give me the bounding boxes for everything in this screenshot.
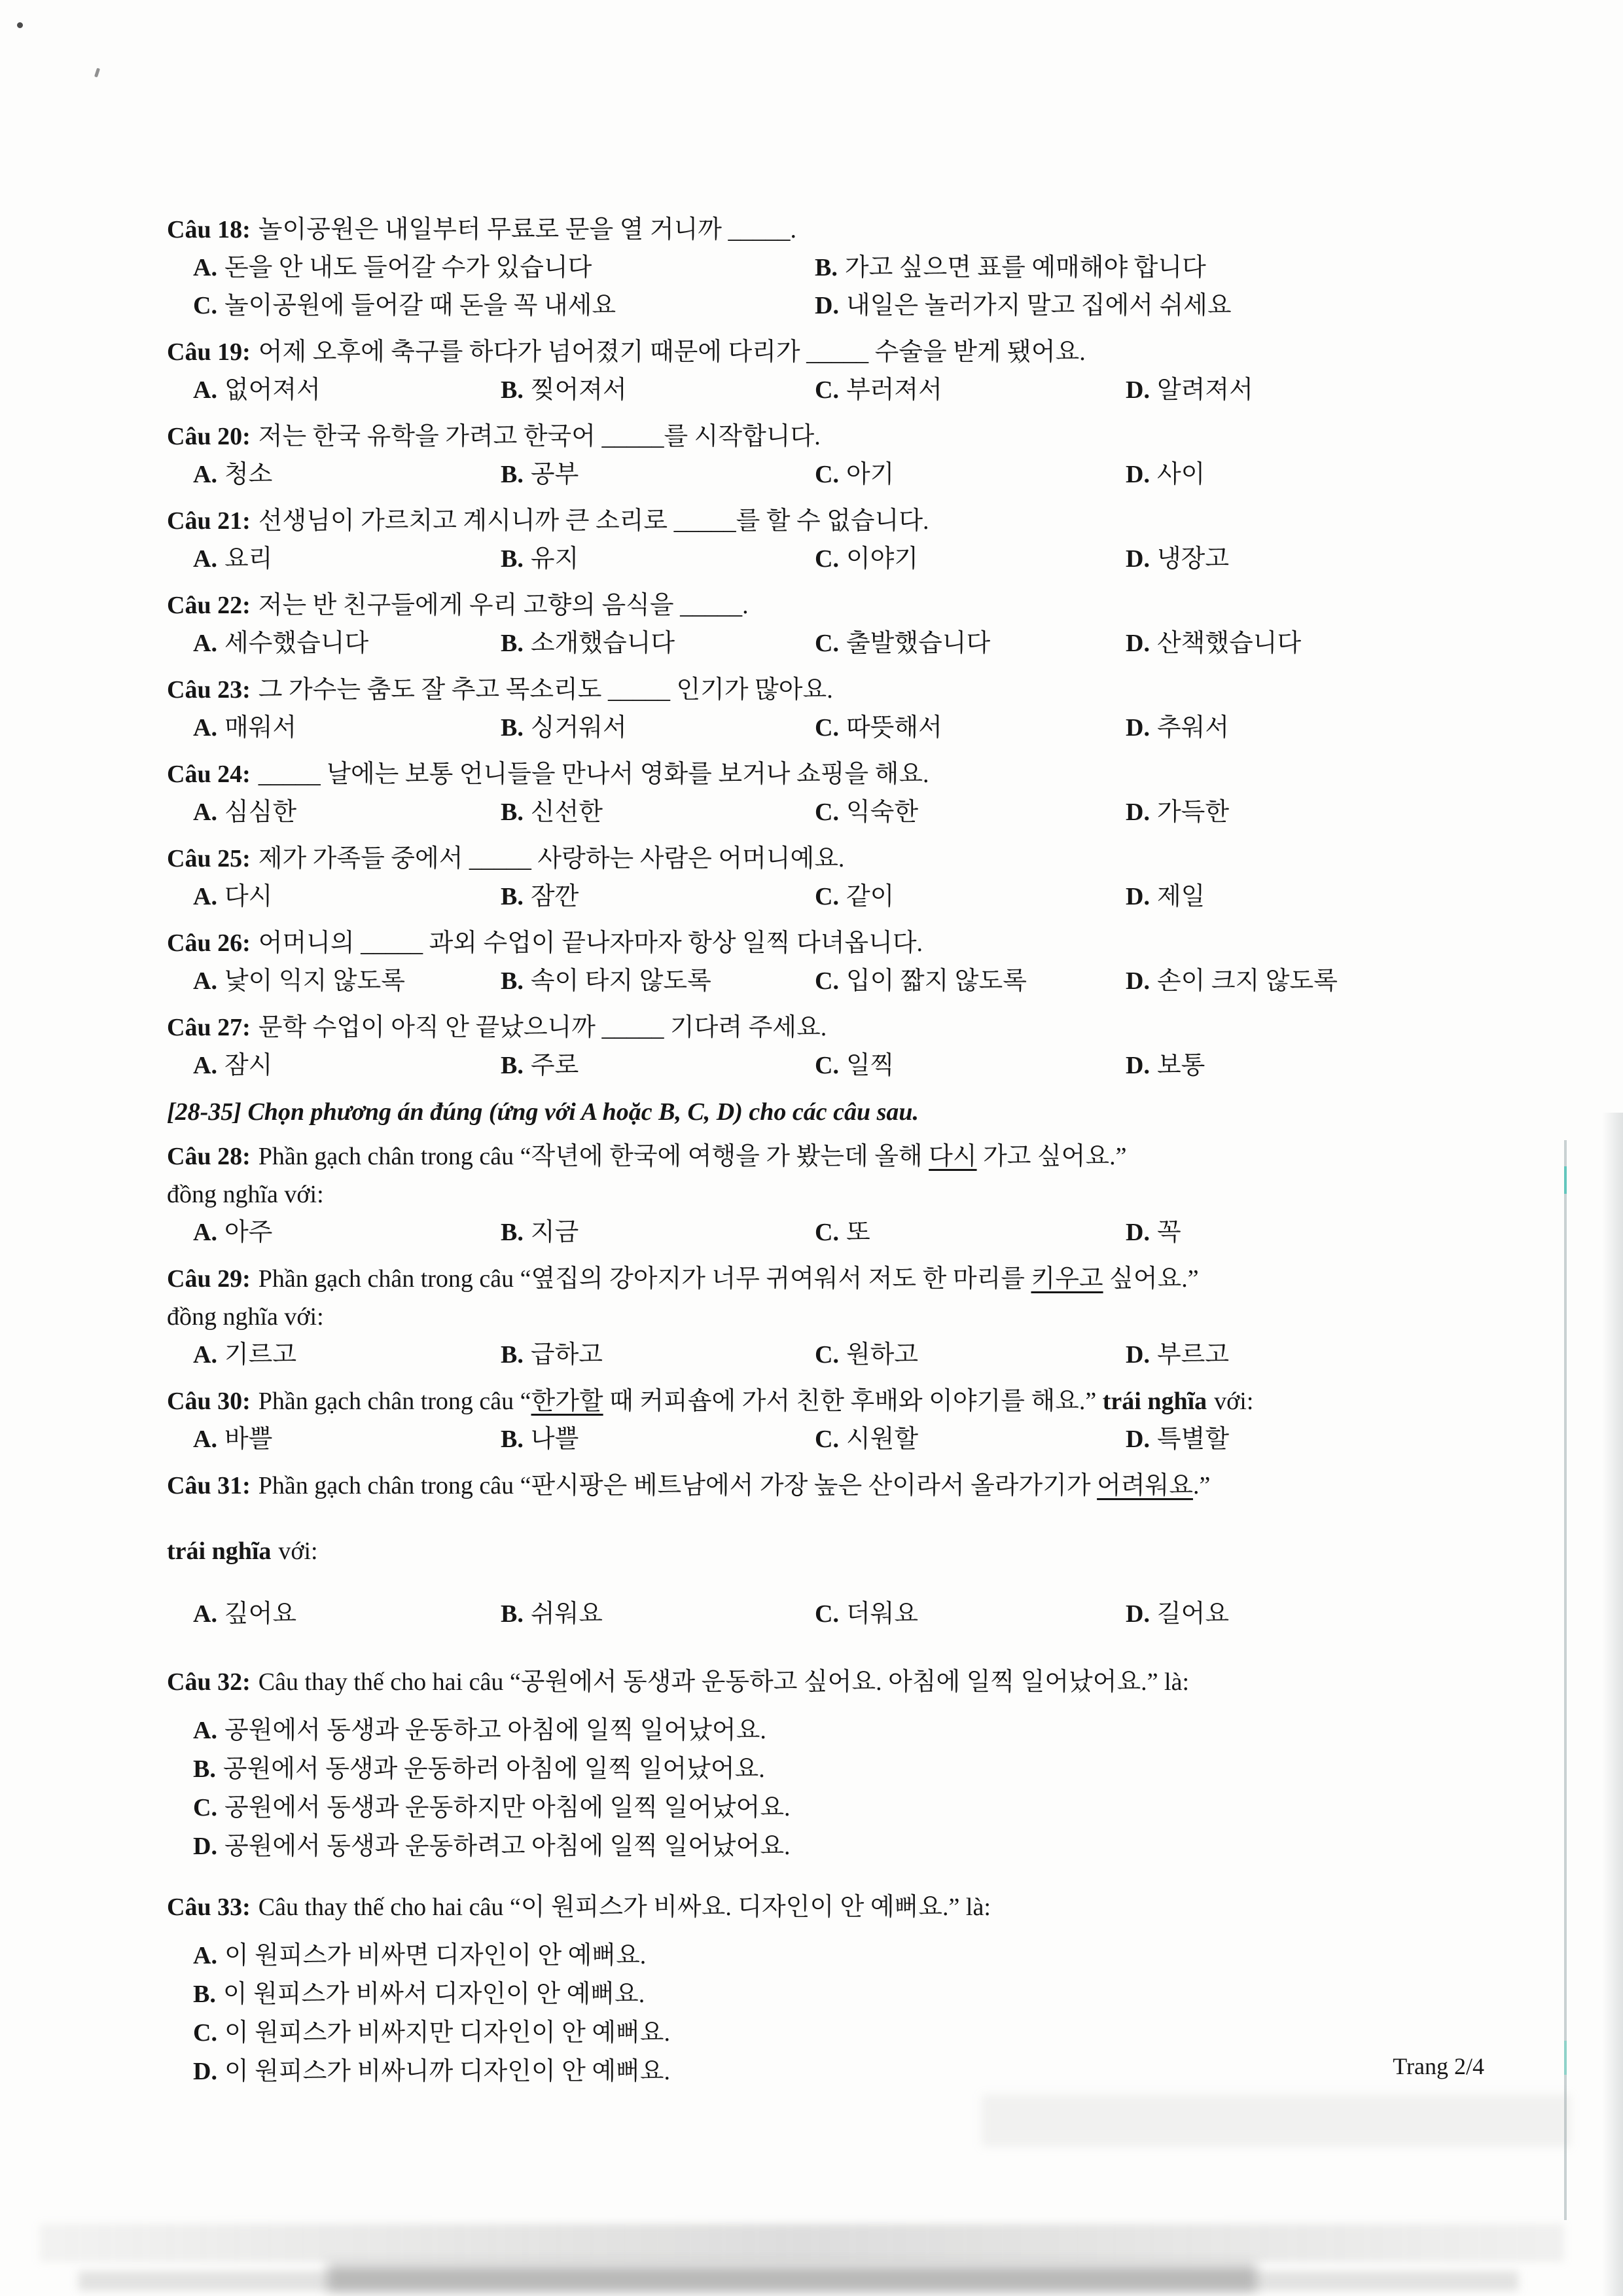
question-number: Câu 29: <box>167 1265 251 1293</box>
option-b: B.가고 싶으면 표를 예매해야 합니다 <box>815 249 1469 287</box>
relation-label: với: <box>278 1537 317 1565</box>
option-letter: C. <box>815 883 839 910</box>
question-text-kr: 판시팡은 베트남에서 가장 높은 산이라서 올라가기가 <box>531 1472 1097 1499</box>
option-b: B.급하고 <box>501 1336 815 1374</box>
option-text: 따뜻해서 <box>846 714 942 742</box>
option-text: 잠시 <box>224 1052 272 1079</box>
option-d: D.산책했습니다 <box>1126 624 1469 662</box>
scan-speck <box>17 22 23 28</box>
option-text: 손이 크지 않도록 <box>1157 967 1338 995</box>
question-text: 놀이공원은 내일부터 무료로 문을 열 거니까 _____. <box>259 216 796 243</box>
option-letter: A. <box>193 376 217 404</box>
option-letter: D. <box>1126 376 1150 404</box>
option-b: B.나쁠 <box>501 1420 815 1458</box>
relation-label: đồng nghĩa với: <box>167 1303 324 1331</box>
scan-edge-shadow <box>1602 1113 1623 2296</box>
question-number: Câu 26: <box>167 929 251 957</box>
option-letter: A. <box>193 254 217 281</box>
scan-smudge <box>39 2224 1564 2262</box>
question-19: Câu 19:어제 오후에 축구를 하다가 넘어졌기 때문에 다리가 _____… <box>167 333 1469 409</box>
option-text: 사이 <box>1157 461 1205 488</box>
option-text: 기르고 <box>224 1341 296 1369</box>
option-letter: A. <box>193 1942 217 1969</box>
options-row: A.매워서 B.싱거워서 C.따뜻해서 D.추워서 <box>167 709 1469 747</box>
option-b: B.주로 <box>501 1047 815 1085</box>
relation-label: với: <box>1214 1388 1253 1415</box>
option-text: 주로 <box>531 1052 579 1079</box>
option-text: 잠깐 <box>531 883 579 910</box>
option-b: B.속이 타지 않도록 <box>501 962 815 1000</box>
option-d: D.제일 <box>1126 878 1469 916</box>
option-d: D.추워서 <box>1126 709 1469 747</box>
option-letter: C. <box>815 714 839 742</box>
option-letter: C. <box>815 967 839 995</box>
option-b: B.공부 <box>501 456 815 493</box>
option-letter: C. <box>815 376 839 404</box>
question-32: Câu 32:Câu thay thế cho hai câu “공원에서 동생… <box>167 1663 1469 1866</box>
option-text: 보통 <box>1157 1052 1205 1079</box>
option-b: B.싱거워서 <box>501 709 815 747</box>
option-text: 이 원피스가 비싸면 디자인이 안 예뻐요. <box>224 1942 646 1969</box>
options-row: A.바쁠 B.나쁠 C.시원할 D.특별할 <box>167 1420 1469 1458</box>
option-d: D.알려져서 <box>1126 371 1469 409</box>
question-27: Câu 27:문학 수업이 아직 안 끝났으니까 _____ 기다려 주세요. … <box>167 1009 1469 1085</box>
option-d: D.내일은 놀러가지 말고 집에서 쉬세요 <box>815 287 1469 325</box>
option-letter: C. <box>193 2019 217 2047</box>
option-a: A.잠시 <box>193 1047 501 1085</box>
option-letter: D. <box>1126 1426 1150 1453</box>
option-b: B.잠깐 <box>501 878 815 916</box>
option-a: A.공원에서 동생과 운동하고 아침에 일찍 일어났어요. <box>193 1712 1469 1750</box>
option-text: 이 원피스가 비싸서 디자인이 안 예뻐요. <box>223 1981 645 2008</box>
option-text: 알려져서 <box>1157 376 1253 404</box>
option-letter: A. <box>193 630 217 657</box>
option-letter: A. <box>193 1052 217 1079</box>
question-30: Câu 30:Phần gạch chân trong câu “한가할 때 커… <box>167 1382 1469 1458</box>
option-text: 부러져서 <box>846 376 942 404</box>
option-letter: C. <box>193 292 217 319</box>
question-number: Câu 33: <box>167 1893 251 1921</box>
option-c: C.놀이공원에 들어갈 때 돈을 꼭 내세요 <box>193 287 815 325</box>
options-row: A.잠시 B.주로 C.일찍 D.보통 <box>167 1047 1469 1085</box>
option-text: 돈을 안 내도 들어갈 수가 있습니다 <box>224 254 592 281</box>
options-list: A.공원에서 동생과 운동하고 아침에 일찍 일어났어요. B.공원에서 동생과… <box>167 1712 1469 1866</box>
question-text-vn: Phần gạch chân trong câu “ <box>259 1265 531 1293</box>
option-letter: C. <box>815 1219 839 1246</box>
scan-smudge <box>982 2094 1571 2147</box>
option-text: 부르고 <box>1157 1341 1229 1369</box>
question-33: Câu 33:Câu thay thế cho hai câu “이 원피스가 … <box>167 1888 1469 2091</box>
option-text: 공원에서 동생과 운동하러 아침에 일찍 일어났어요. <box>223 1755 765 1783</box>
option-text: 싱거워서 <box>531 714 627 742</box>
question-26: Câu 26:어머니의 _____ 과외 수업이 끝나자마자 항상 일찍 다녀옵… <box>167 924 1469 1000</box>
option-text: 다시 <box>224 883 272 910</box>
question-text-vn2: đồng nghĩa với: <box>167 1298 1469 1336</box>
question-text-kr: 때 커피숍에 가서 친한 후배와 이야기를 해요.” <box>603 1388 1103 1415</box>
option-c: C.더워요 <box>815 1595 1126 1633</box>
option-c: C.공원에서 동생과 운동하지만 아침에 일찍 일어났어요. <box>193 1789 1469 1827</box>
option-text: 놀이공원에 들어갈 때 돈을 꼭 내세요 <box>224 292 616 319</box>
option-letter: A. <box>193 967 217 995</box>
question-31: Câu 31:Phần gạch chân trong câu “판시팡은 베트… <box>167 1467 1469 1633</box>
option-text: 아주 <box>224 1219 272 1246</box>
option-letter: A. <box>193 1219 217 1246</box>
option-text: 공원에서 동생과 운동하고 아침에 일찍 일어났어요. <box>224 1717 766 1744</box>
option-b: B.이 원피스가 비싸서 디자인이 안 예뻐요. <box>193 1975 1469 2014</box>
option-text: 쉬워요 <box>531 1600 603 1628</box>
option-a: A.깊어요 <box>193 1595 501 1633</box>
option-text: 특별할 <box>1157 1426 1229 1453</box>
underlined-word: 어려워요 <box>1097 1472 1193 1499</box>
option-text: 이야기 <box>846 545 918 573</box>
option-text: 유지 <box>531 545 579 573</box>
option-text: 길어요 <box>1157 1600 1229 1628</box>
option-letter: C. <box>815 461 839 488</box>
option-text: 추워서 <box>1157 714 1229 742</box>
option-letter: B. <box>501 883 524 910</box>
option-text: 바쁠 <box>224 1426 272 1453</box>
option-b: B.유지 <box>501 540 815 578</box>
options-row: A.기르고 B.급하고 C.원하고 D.부르고 <box>167 1336 1469 1374</box>
option-letter: D. <box>815 292 839 319</box>
question-number: Câu 19: <box>167 338 251 366</box>
question-text-kr: .” <box>1193 1472 1210 1499</box>
option-text: 더워요 <box>846 1600 918 1628</box>
option-letter: C. <box>815 1600 839 1628</box>
question-text-vn2: đồng nghĩa với: <box>167 1175 1469 1213</box>
options-row: A.돈을 안 내도 들어갈 수가 있습니다 B.가고 싶으면 표를 예매해야 합… <box>167 249 1469 325</box>
option-text: 공원에서 동생과 운동하려고 아침에 일찍 일어났어요. <box>224 1833 791 1860</box>
option-d: D.이 원피스가 비싸니까 디자인이 안 예뻐요. <box>193 2053 1469 2091</box>
option-letter: A. <box>193 545 217 573</box>
option-letter: A. <box>193 1717 217 1744</box>
options-list: A.이 원피스가 비싸면 디자인이 안 예뻐요. B.이 원피스가 비싸서 디자… <box>167 1937 1469 2091</box>
option-text: 이 원피스가 비싸니까 디자인이 안 예뻐요. <box>224 2058 670 2085</box>
option-text: 요리 <box>224 545 272 573</box>
options-row: A.없어져서 B.찢어져서 C.부러져서 D.알려져서 <box>167 371 1469 409</box>
option-a: A.아주 <box>193 1213 501 1251</box>
question-number: Câu 22: <box>167 592 251 619</box>
question-text-kr: 공원에서 동생과 운동하고 싶어요. 아침에 일찍 일어났어요. <box>521 1668 1147 1696</box>
option-a: A.다시 <box>193 878 501 916</box>
option-c: C.시원할 <box>815 1420 1126 1458</box>
option-letter: D. <box>1126 1600 1150 1628</box>
question-text: 어제 오후에 축구를 하다가 넘어졌기 때문에 다리가 _____ 수술을 받게… <box>259 338 1086 366</box>
option-a: A.낯이 익지 않도록 <box>193 962 501 1000</box>
options-row: A.다시 B.잠깐 C.같이 D.제일 <box>167 878 1469 916</box>
option-letter: B. <box>501 461 524 488</box>
option-c: C.원하고 <box>815 1336 1126 1374</box>
option-text: 신선한 <box>531 798 603 826</box>
option-c: C.이 원피스가 비싸지만 디자인이 안 예뻐요. <box>193 2014 1469 2053</box>
option-a: A.청소 <box>193 456 501 493</box>
options-row: A.요리 B.유지 C.이야기 D.냉장고 <box>167 540 1469 578</box>
option-letter: D. <box>193 1833 217 1860</box>
exam-content: Câu 18:놀이공원은 내일부터 무료로 문을 열 거니까 _____. A.… <box>167 211 1469 2100</box>
option-b: B.쉬워요 <box>501 1595 815 1633</box>
question-text-vn: Phần gạch chân trong câu “ <box>259 1143 531 1170</box>
option-letter: A. <box>193 1600 217 1628</box>
option-a: A.없어져서 <box>193 371 501 409</box>
option-letter: B. <box>193 1981 216 2008</box>
option-d: D.특별할 <box>1126 1420 1469 1458</box>
option-d: D.공원에서 동생과 운동하려고 아침에 일찍 일어났어요. <box>193 1827 1469 1866</box>
question-text-vn: Câu thay thế cho hai câu “ <box>259 1893 521 1921</box>
question-text-vn2: trái nghĩavới: <box>167 1532 1469 1570</box>
option-b: B.지금 <box>501 1213 815 1251</box>
question-24: Câu 24:_____ 날에는 보통 언니들을 만나서 영화를 보거나 쇼핑을… <box>167 755 1469 831</box>
scan-edge-mark <box>1564 1166 1567 1194</box>
option-letter: B. <box>501 714 524 742</box>
option-letter: D. <box>1126 967 1150 995</box>
question-22: Câu 22:저는 반 친구들에게 우리 고향의 음식을 _____. A.세수… <box>167 586 1469 662</box>
option-letter: B. <box>501 630 524 657</box>
option-b: B.소개했습니다 <box>501 624 815 662</box>
options-row: A.깊어요 B.쉬워요 C.더워요 D.길어요 <box>167 1595 1469 1633</box>
option-d: D.가득한 <box>1126 793 1469 831</box>
relation-label-bold: trái nghĩa <box>167 1537 271 1565</box>
question-number: Câu 20: <box>167 423 251 450</box>
question-number: Câu 23: <box>167 676 251 704</box>
option-b: B.공원에서 동생과 운동하러 아침에 일찍 일어났어요. <box>193 1750 1469 1789</box>
option-c: C.출발했습니다 <box>815 624 1126 662</box>
scan-speck <box>94 68 100 78</box>
option-b: B.찢어져서 <box>501 371 815 409</box>
relation-label-bold: trái nghĩa <box>1103 1388 1207 1415</box>
option-text: 매워서 <box>224 714 296 742</box>
option-c: C.같이 <box>815 878 1126 916</box>
scan-edge-line <box>1564 1140 1567 2220</box>
option-text: 낯이 익지 않도록 <box>224 967 405 995</box>
option-letter: D. <box>1126 714 1150 742</box>
option-letter: B. <box>501 967 524 995</box>
question-number: Câu 27: <box>167 1014 251 1041</box>
question-text: 어머니의 _____ 과외 수업이 끝나자마자 항상 일찍 다녀옵니다. <box>259 929 923 957</box>
option-text: 출발했습니다 <box>846 630 990 657</box>
option-c: C.일찍 <box>815 1047 1126 1085</box>
question-text-vn: Câu thay thế cho hai câu “ <box>259 1668 521 1696</box>
option-c: C.아기 <box>815 456 1126 493</box>
question-text: 저는 한국 유학을 가려고 한국어 _____를 시작합니다. <box>259 423 821 450</box>
option-c: C.입이 짧지 않도록 <box>815 962 1126 1000</box>
option-letter: B. <box>501 1426 524 1453</box>
option-letter: B. <box>501 376 524 404</box>
option-a: A.바쁠 <box>193 1420 501 1458</box>
option-letter: D. <box>1126 1219 1150 1246</box>
underlined-word: 다시 <box>929 1143 976 1170</box>
option-letter: C. <box>815 1426 839 1453</box>
question-text: 저는 반 친구들에게 우리 고향의 음식을 _____. <box>259 592 749 619</box>
question-text-kr: 이 원피스가 비싸요. 디자인이 안 예뻐요. <box>521 1893 949 1921</box>
option-a: A.기르고 <box>193 1336 501 1374</box>
question-text-vn: ” là: <box>1147 1668 1189 1696</box>
option-letter: D. <box>1126 1052 1150 1079</box>
options-row: A.청소 B.공부 C.아기 D.사이 <box>167 456 1469 493</box>
option-text: 또 <box>846 1219 870 1246</box>
question-number: Câu 28: <box>167 1143 251 1170</box>
scan-smudge <box>327 2263 1257 2292</box>
scanned-exam-page: { "page": { "footer": "Trang 2/4" }, "in… <box>0 0 1623 2296</box>
option-letter: B. <box>501 798 524 826</box>
option-letter: A. <box>193 714 217 742</box>
option-d: D.길어요 <box>1126 1595 1469 1633</box>
option-text: 익숙한 <box>846 798 918 826</box>
option-text: 속이 타지 않도록 <box>531 967 711 995</box>
option-a: A.돈을 안 내도 들어갈 수가 있습니다 <box>193 249 815 287</box>
question-21: Câu 21:선생님이 가르치고 계시니까 큰 소리로 _____를 할 수 없… <box>167 502 1469 578</box>
question-number: Câu 21: <box>167 507 251 535</box>
question-25: Câu 25:제가 가족들 중에서 _____ 사랑하는 사람은 어머니예요. … <box>167 840 1469 916</box>
question-text: 제가 가족들 중에서 _____ 사랑하는 사람은 어머니예요. <box>259 845 845 872</box>
option-letter: B. <box>501 1600 524 1628</box>
underlined-word: 한가할 <box>531 1388 603 1415</box>
option-letter: D. <box>193 2058 217 2085</box>
option-letter: B. <box>501 1052 524 1079</box>
options-row: A.아주 B.지금 C.또 D.꼭 <box>167 1213 1469 1251</box>
option-letter: B. <box>815 254 838 281</box>
option-text: 이 원피스가 비싸지만 디자인이 안 예뻐요. <box>224 2019 670 2047</box>
option-text: 공원에서 동생과 운동하지만 아침에 일찍 일어났어요. <box>224 1794 791 1821</box>
question-text-kr: 가고 싶어요.” <box>977 1143 1127 1170</box>
option-a: A.세수했습니다 <box>193 624 501 662</box>
option-d: D.꼭 <box>1126 1213 1469 1251</box>
option-letter: D. <box>1126 461 1150 488</box>
option-text: 시원할 <box>846 1426 918 1453</box>
question-number: Câu 25: <box>167 845 251 872</box>
question-number: Câu 24: <box>167 761 251 788</box>
question-number: Câu 18: <box>167 216 251 243</box>
option-a: A.이 원피스가 비싸면 디자인이 안 예뻐요. <box>193 1937 1469 1975</box>
option-text: 입이 짧지 않도록 <box>846 967 1027 995</box>
options-row: A.세수했습니다 B.소개했습니다 C.출발했습니다 D.산책했습니다 <box>167 624 1469 662</box>
option-letter: A. <box>193 1426 217 1453</box>
option-text: 제일 <box>1157 883 1205 910</box>
option-letter: B. <box>501 545 524 573</box>
option-c: C.부러져서 <box>815 371 1126 409</box>
option-text: 소개했습니다 <box>531 630 675 657</box>
option-text: 나쁠 <box>531 1426 579 1453</box>
option-letter: C. <box>815 545 839 573</box>
option-text: 공부 <box>531 461 579 488</box>
question-text: 선생님이 가르치고 계시니까 큰 소리로 _____를 할 수 없습니다. <box>259 507 929 535</box>
question-number: Câu 31: <box>167 1472 251 1499</box>
option-text: 심심한 <box>224 798 296 826</box>
option-a: A.매워서 <box>193 709 501 747</box>
option-letter: B. <box>501 1341 524 1369</box>
option-letter: C. <box>815 798 839 826</box>
option-a: A.심심한 <box>193 793 501 831</box>
question-text-kr: 옆집의 강아지가 너무 귀여워서 저도 한 마리를 <box>531 1265 1031 1293</box>
option-text: 급하고 <box>531 1341 603 1369</box>
option-text: 가고 싶으면 표를 예매해야 합니다 <box>845 254 1206 281</box>
option-text: 아기 <box>846 461 894 488</box>
underlined-word: 키우고 <box>1031 1265 1103 1293</box>
option-d: D.손이 크지 않도록 <box>1126 962 1469 1000</box>
option-text: 지금 <box>531 1219 579 1246</box>
option-text: 찢어져서 <box>531 376 627 404</box>
option-text: 냉장고 <box>1157 545 1229 573</box>
option-letter: D. <box>1126 798 1150 826</box>
option-text: 꼭 <box>1157 1219 1181 1246</box>
options-row: A.심심한 B.신선한 C.익숙한 D.가득한 <box>167 793 1469 831</box>
option-c: C.익숙한 <box>815 793 1126 831</box>
option-text: 산책했습니다 <box>1157 630 1301 657</box>
question-text-vn: Phần gạch chân trong câu “ <box>259 1472 531 1499</box>
option-text: 세수했습니다 <box>224 630 368 657</box>
question-28: Câu 28:Phần gạch chân trong câu “작년에 한국에… <box>167 1138 1469 1251</box>
question-20: Câu 20:저는 한국 유학을 가려고 한국어 _____를 시작합니다. A… <box>167 418 1469 493</box>
option-letter: C. <box>815 1052 839 1079</box>
question-number: Câu 30: <box>167 1388 251 1415</box>
option-text: 일찍 <box>846 1052 894 1079</box>
option-letter: C. <box>193 1794 217 1821</box>
option-c: C.또 <box>815 1213 1126 1251</box>
option-letter: D. <box>1126 1341 1150 1369</box>
options-row: A.낯이 익지 않도록 B.속이 타지 않도록 C.입이 짧지 않도록 D.손이… <box>167 962 1469 1000</box>
option-text: 같이 <box>846 883 894 910</box>
option-letter: A. <box>193 883 217 910</box>
option-a: A.요리 <box>193 540 501 578</box>
option-letter: B. <box>501 1219 524 1246</box>
question-text-vn: Phần gạch chân trong câu “ <box>259 1388 531 1415</box>
option-letter: B. <box>193 1755 216 1783</box>
option-letter: D. <box>1126 883 1150 910</box>
question-text-kr: 싶어요.” <box>1103 1265 1199 1293</box>
option-letter: C. <box>815 630 839 657</box>
option-c: C.따뜻해서 <box>815 709 1126 747</box>
option-letter: A. <box>193 798 217 826</box>
scan-edge-mark <box>1564 2041 1567 2075</box>
question-text: _____ 날에는 보통 언니들을 만나서 영화를 보거나 쇼핑을 해요. <box>259 761 929 788</box>
question-number: Câu 32: <box>167 1668 251 1696</box>
option-letter: C. <box>815 1341 839 1369</box>
relation-label: đồng nghĩa với: <box>167 1181 324 1208</box>
question-18: Câu 18:놀이공원은 내일부터 무료로 문을 열 거니까 _____. A.… <box>167 211 1469 325</box>
option-text: 깊어요 <box>224 1600 296 1628</box>
question-text: 문학 수업이 아직 안 끝났으니까 _____ 기다려 주세요. <box>259 1014 827 1041</box>
option-d: D.부르고 <box>1126 1336 1469 1374</box>
option-d: D.냉장고 <box>1126 540 1469 578</box>
option-c: C.이야기 <box>815 540 1126 578</box>
option-text: 내일은 놀러가지 말고 집에서 쉬세요 <box>846 292 1232 319</box>
option-letter: A. <box>193 1341 217 1369</box>
question-text-kr: 작년에 한국에 여행을 가 봤는데 올해 <box>531 1143 929 1170</box>
section-instruction: [28-35] Chọn phương án đúng (ứng với A h… <box>167 1093 1469 1131</box>
question-29: Câu 29:Phần gạch chân trong câu “옆집의 강아지… <box>167 1260 1469 1374</box>
option-d: D.보통 <box>1126 1047 1469 1085</box>
option-letter: D. <box>1126 545 1150 573</box>
scan-smudge <box>79 2271 1518 2291</box>
option-text: 가득한 <box>1157 798 1229 826</box>
question-23: Câu 23:그 가수는 춤도 잘 추고 목소리도 _____ 인기가 많아요.… <box>167 671 1469 747</box>
option-d: D.사이 <box>1126 456 1469 493</box>
option-letter: D. <box>1126 630 1150 657</box>
option-text: 청소 <box>224 461 272 488</box>
question-text-vn: ” là: <box>949 1893 991 1921</box>
page-number: Trang 2/4 <box>1393 2053 1484 2080</box>
option-b: B.신선한 <box>501 793 815 831</box>
option-letter: A. <box>193 461 217 488</box>
question-text: 그 가수는 춤도 잘 추고 목소리도 _____ 인기가 많아요. <box>259 676 833 704</box>
option-text: 원하고 <box>846 1341 918 1369</box>
option-text: 없어져서 <box>224 376 321 404</box>
